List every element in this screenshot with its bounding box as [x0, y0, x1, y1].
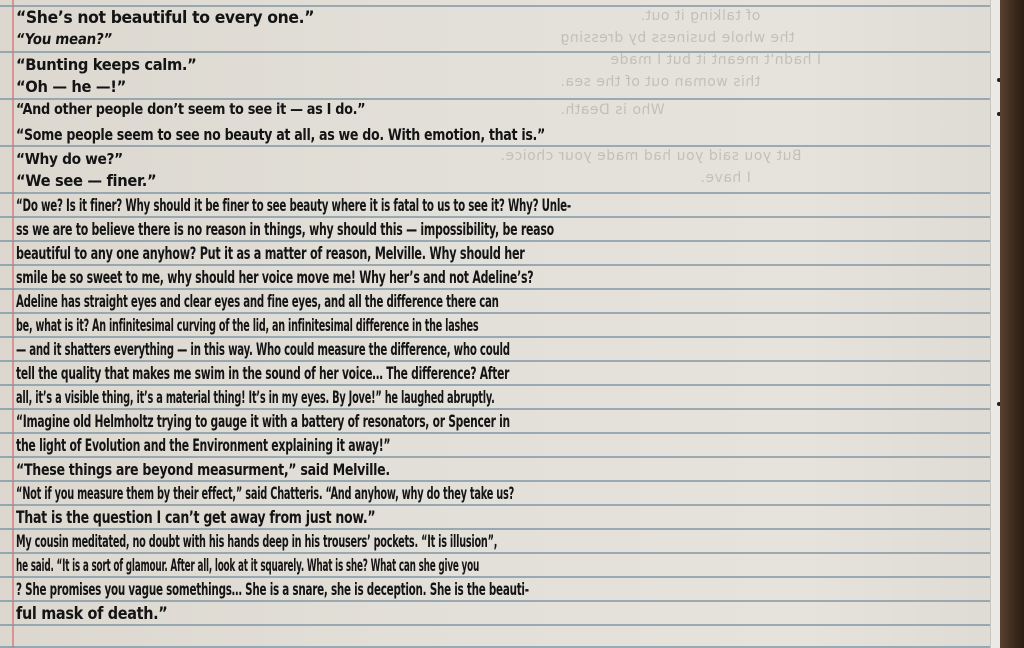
text-line: “These things are beyond measurment,” sa…: [16, 460, 390, 479]
ruled-line: [0, 480, 992, 482]
text-line: That is the question I can’t get away fr…: [16, 508, 375, 528]
ruled-line: [0, 504, 992, 506]
text-line: ? She promises you vague somethings… She…: [16, 580, 529, 600]
ruled-line: [0, 624, 992, 626]
page-edge: [990, 0, 1000, 648]
text-line: “You mean?”: [15, 30, 113, 48]
ruled-line: [0, 288, 992, 290]
text-line: ss we are to believe there is no reason …: [16, 220, 554, 240]
wood-surface: [1000, 0, 1024, 648]
ruled-line: [0, 145, 992, 147]
text-line: smile be so sweet to me, why should her …: [16, 268, 533, 288]
text-line: “Bunting keeps calm.”: [16, 55, 196, 74]
ruled-line: [0, 576, 992, 578]
ruled-line: [0, 192, 992, 194]
ruled-line: [0, 216, 992, 218]
text-line: beautiful to any one anyhow? Put it as a…: [16, 244, 525, 264]
text-line: all, it’s a visible thing, it’s a materi…: [16, 388, 495, 408]
text-line: be, what is it? An infinitesimal curving…: [16, 316, 478, 336]
bleed-through-text: the whole business by dressing: [560, 30, 795, 46]
ruled-line: [0, 51, 992, 53]
ruled-line: [0, 384, 992, 386]
ruled-line: [0, 600, 992, 602]
text-line: “She’s not beautiful to every one.”: [16, 8, 314, 28]
text-line: “Why do we?”: [16, 150, 123, 168]
ruled-line: [0, 552, 992, 554]
ruled-line: [0, 240, 992, 242]
text-line: the light of Evolution and the Environme…: [16, 436, 390, 456]
ruled-line: [0, 5, 992, 7]
bleed-through-text: But you said you had made your choice.: [500, 148, 802, 164]
ruled-line: [0, 336, 992, 338]
text-line: My cousin meditated, no doubt with his h…: [16, 532, 497, 552]
notebook-page: of talking it out. the whole business by…: [0, 0, 1000, 648]
text-line: ful mask of death.”: [16, 604, 167, 624]
text-line: he said. “It is a sort of glamour. After…: [16, 556, 479, 576]
text-line: “Do we? Is it finer? Why should it be fi…: [16, 196, 571, 216]
ruled-line: [0, 432, 992, 434]
text-line: Adeline has straight eyes and clear eyes…: [16, 292, 499, 312]
text-line: “Some people seem to see no beauty at al…: [16, 125, 545, 144]
ruled-line: [0, 312, 992, 314]
text-line: “We see — finer.”: [16, 171, 156, 190]
ruled-line: [0, 408, 992, 410]
bleed-through-text: I have.: [700, 170, 751, 186]
text-line: tell the quality that makes me swim in t…: [16, 364, 509, 384]
text-line: — and it shatters everything — in this w…: [16, 340, 510, 360]
text-line: “And other people don’t seem to see it —…: [16, 100, 365, 118]
text-line: “Oh — he —!”: [16, 77, 126, 96]
bleed-through-text: of talking it out.: [640, 8, 760, 24]
text-line: “Not if you measure them by their effect…: [16, 484, 514, 504]
ruled-line: [0, 456, 992, 458]
ruled-line: [0, 360, 992, 362]
ruled-line: [0, 264, 992, 266]
bleed-through-text: this woman out of the sea.: [560, 74, 760, 90]
text-line: “Imagine old Helmholtz trying to gauge i…: [16, 412, 510, 432]
ruled-line: [0, 528, 992, 530]
bleed-through-text: I hadn't meant it but I made: [610, 52, 821, 68]
bleed-through-text: Who is Death.: [560, 102, 665, 118]
